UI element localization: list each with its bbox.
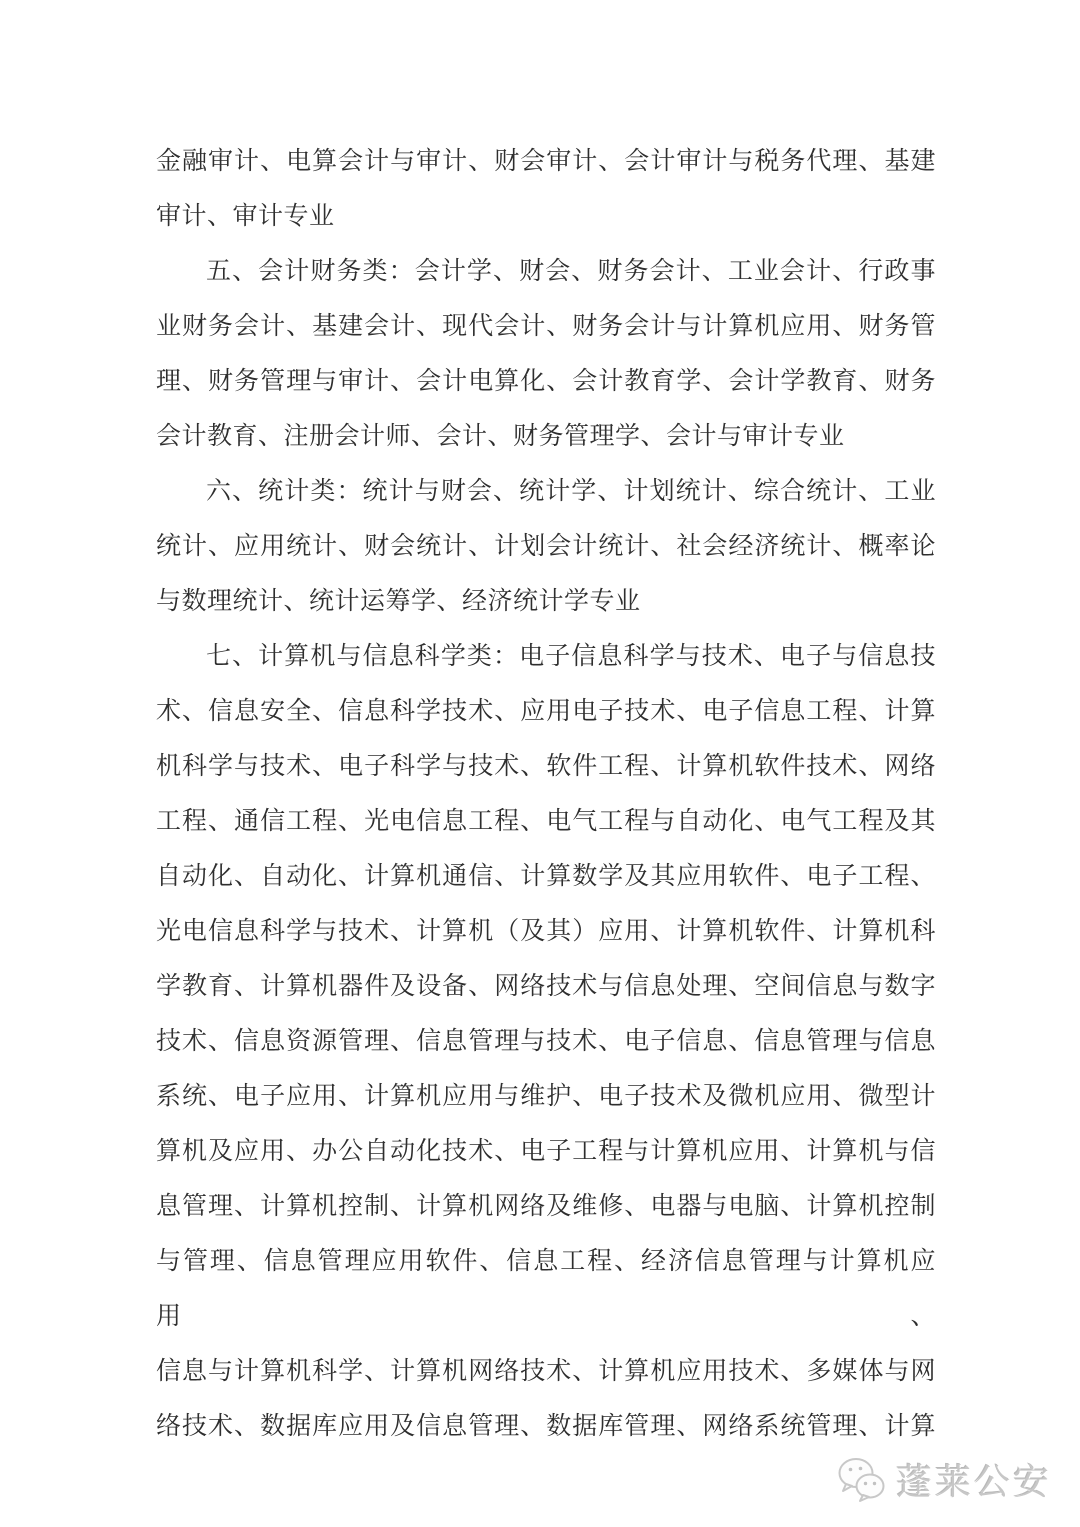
text-line: 与管理、信息管理应用软件、信息工程、经济信息管理与计算机应用、 xyxy=(156,1234,936,1344)
text-line: 络技术、数据库应用及信息管理、数据库管理、网络系统管理、计算 xyxy=(156,1399,936,1454)
text-line: 学教育、计算机器件及设备、网络技术与信息处理、空间信息与数字 xyxy=(156,959,936,1014)
document-page: 金融审计、电算会计与审计、财会审计、会计审计与税务代理、基建审计、审计专业五、会… xyxy=(0,0,1080,1527)
text-line: 技术、信息资源管理、信息管理与技术、电子信息、信息管理与信息 xyxy=(156,1014,936,1069)
text-line: 七、计算机与信息科学类：电子信息科学与技术、电子与信息技 xyxy=(156,629,936,684)
text-line: 光电信息科学与技术、计算机（及其）应用、计算机软件、计算机科 xyxy=(156,904,936,959)
text-line: 业财务会计、基建会计、现代会计、财务会计与计算机应用、财务管 xyxy=(156,299,936,354)
text-line: 工程、通信工程、光电信息工程、电气工程与自动化、电气工程及其 xyxy=(156,794,936,849)
text-line: 统计、应用统计、财会统计、计划会计统计、社会经济统计、概率论 xyxy=(156,519,936,574)
watermark-label: 蓬莱公安 xyxy=(896,1454,1052,1505)
text-line: 与数理统计、统计运筹学、经济统计学专业 xyxy=(156,574,936,629)
text-line: 术、信息安全、信息科学技术、应用电子技术、电子信息工程、计算 xyxy=(156,684,936,739)
text-line: 息管理、计算机控制、计算机网络及维修、电器与电脑、计算机控制 xyxy=(156,1179,936,1234)
text-line: 信息与计算机科学、计算机网络技术、计算机应用技术、多媒体与网 xyxy=(156,1344,936,1399)
text-line: 机科学与技术、电子科学与技术、软件工程、计算机软件技术、网络 xyxy=(156,739,936,794)
paragraph: 五、会计财务类：会计学、财会、财务会计、工业会计、行政事业财务会计、基建会计、现… xyxy=(156,244,936,464)
text-line: 会计教育、注册会计师、会计、财务管理学、会计与审计专业 xyxy=(156,409,936,464)
text-line: 五、会计财务类：会计学、财会、财务会计、工业会计、行政事 xyxy=(156,244,936,299)
text-line: 金融审计、电算会计与审计、财会审计、会计审计与税务代理、基建 xyxy=(156,134,936,189)
text-line: 审计、审计专业 xyxy=(156,189,936,244)
wechat-icon xyxy=(836,1455,888,1505)
text-line: 系统、电子应用、计算机应用与维护、电子技术及微机应用、微型计 xyxy=(156,1069,936,1124)
document-body-text: 金融审计、电算会计与审计、财会审计、会计审计与税务代理、基建审计、审计专业五、会… xyxy=(156,134,936,1454)
paragraph: 六、统计类：统计与财会、统计学、计划统计、综合统计、工业统计、应用统计、财会统计… xyxy=(156,464,936,629)
text-line: 理、财务管理与审计、会计电算化、会计教育学、会计学教育、财务 xyxy=(156,354,936,409)
paragraph: 七、计算机与信息科学类：电子信息科学与技术、电子与信息技术、信息安全、信息科学技… xyxy=(156,629,936,1454)
paragraph: 金融审计、电算会计与审计、财会审计、会计审计与税务代理、基建审计、审计专业 xyxy=(156,134,936,244)
text-line: 六、统计类：统计与财会、统计学、计划统计、综合统计、工业 xyxy=(156,464,936,519)
text-line: 自动化、自动化、计算机通信、计算数学及其应用软件、电子工程、 xyxy=(156,849,936,904)
wechat-account-watermark: 蓬莱公安 xyxy=(836,1454,1052,1505)
text-line: 算机及应用、办公自动化技术、电子工程与计算机应用、计算机与信 xyxy=(156,1124,936,1179)
